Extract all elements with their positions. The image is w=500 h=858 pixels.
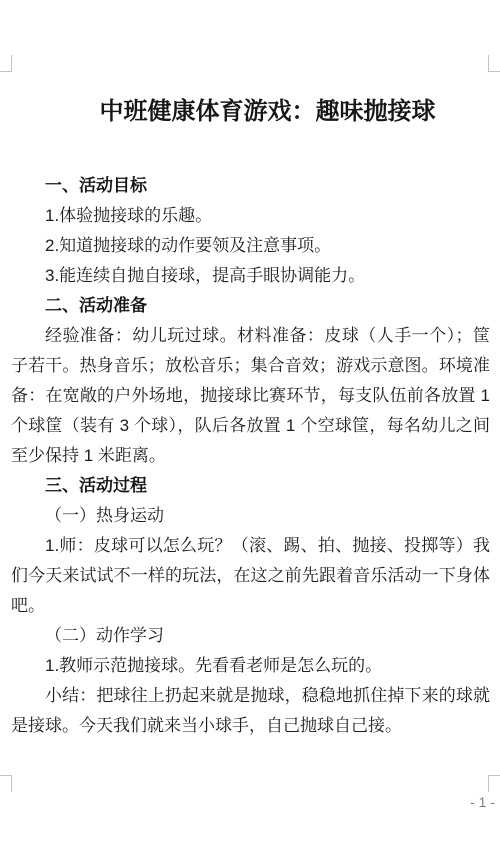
subsection-action-learning: （二）动作学习: [11, 621, 490, 651]
prep-paragraph: 经验准备：幼儿玩过球。材料准备：皮球（人手一个）；筐子若干。热身音乐；放松音乐；…: [11, 321, 490, 471]
document-body: 中班健康体育游戏：趣味抛接球 一、活动目标 1.体验抛接球的乐趣。 2.知道抛接…: [11, 0, 490, 741]
page-number: - 1 -: [470, 793, 495, 811]
document-title: 中班健康体育游戏：趣味抛接球: [11, 94, 490, 130]
subsection-warmup: （一）热身运动: [11, 501, 490, 531]
section-heading-activity-goals: 一、活动目标: [11, 171, 490, 201]
margin-crop-mark-bottom-left: [0, 775, 12, 792]
section-heading-activity-process: 三、活动过程: [11, 471, 490, 501]
goal-item-1: 1.体验抛接球的乐趣。: [11, 201, 490, 231]
action-learning-item-1: 1.教师示范抛接球。先看看老师是怎么玩的。: [11, 651, 490, 681]
summary-paragraph: 小结：把球往上扔起来就是抛球，稳稳地抓住掉下来的球就是接球。今天我们就来当小球手…: [11, 681, 490, 741]
goal-item-3: 3.能连续自抛自接球，提高手眼协调能力。: [11, 261, 490, 291]
section-heading-activity-prep: 二、活动准备: [11, 291, 490, 321]
warmup-paragraph: 1.师：皮球可以怎么玩？（滚、踢、拍、抛接、投掷等）我们今天来试试不一样的玩法，…: [11, 531, 490, 621]
goal-item-2: 2.知道抛接球的动作要领及注意事项。: [11, 231, 490, 261]
document-page: 中班健康体育游戏：趣味抛接球 一、活动目标 1.体验抛接球的乐趣。 2.知道抛接…: [0, 0, 500, 858]
margin-crop-mark-bottom-right: [488, 775, 500, 792]
